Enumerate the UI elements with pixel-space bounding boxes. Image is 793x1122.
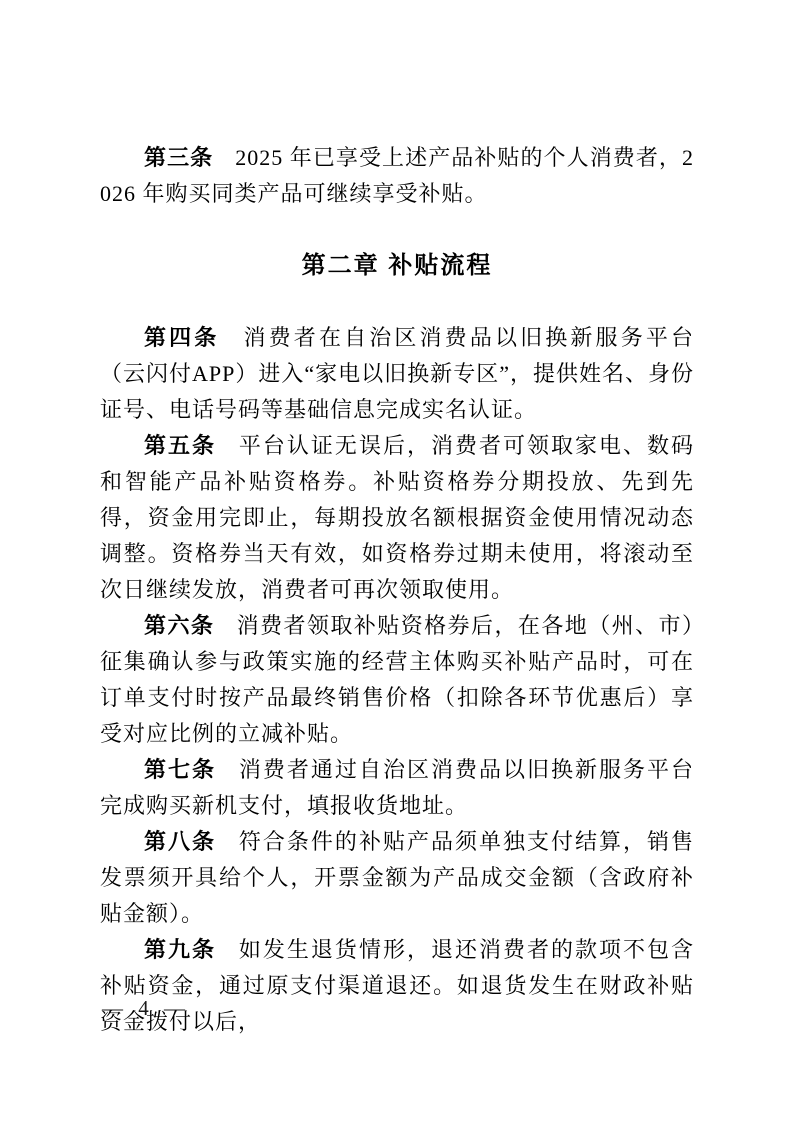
article-7-paragraph: 第七条 消费者通过自治区消费品以旧换新服务平台完成购买新机支付，填报收货地址。 — [100, 752, 694, 824]
article-5-text: 平台认证无误后，消费者可领取家电、数码和智能产品补贴资格券。补贴资格券分期投放、… — [100, 433, 694, 602]
chapter-heading: 第二章 补贴流程 — [100, 248, 694, 284]
article-4-paragraph: 第四条 消费者在自治区消费品以旧换新服务平台（云闪付APP）进入“家电以旧换新专… — [100, 320, 694, 428]
article-8-number: 第八条 — [144, 829, 216, 854]
article-4-number: 第四条 — [144, 325, 219, 350]
article-3-number: 第三条 — [144, 145, 213, 170]
article-3-paragraph: 第三条 2025 年已享受上述产品补贴的个人消费者，2026 年购买同类产品可继… — [100, 140, 694, 212]
article-9-number: 第九条 — [144, 937, 216, 962]
document-body: 第三条 2025 年已享受上述产品补贴的个人消费者，2026 年购买同类产品可继… — [100, 140, 694, 1040]
article-6-paragraph: 第六条 消费者领取补贴资格券后，在各地（州、市）征集确认参与政策实施的经营主体购… — [100, 608, 694, 752]
article-8-paragraph: 第八条 符合条件的补贴产品须单独支付结算，销售发票须开具给个人，开票金额为产品成… — [100, 824, 694, 932]
article-5-paragraph: 第五条 平台认证无误后，消费者可领取家电、数码和智能产品补贴资格券。补贴资格券分… — [100, 428, 694, 608]
page-number: — 4 — — [102, 994, 190, 1022]
article-9-paragraph: 第九条 如发生退货情形，退还消费者的款项不包含补贴资金，通过原支付渠道退还。如退… — [100, 932, 694, 1040]
article-7-number: 第七条 — [144, 757, 216, 782]
article-6-number: 第六条 — [144, 613, 214, 638]
document-page: 第三条 2025 年已享受上述产品补贴的个人消费者，2026 年购买同类产品可继… — [0, 0, 793, 1122]
article-5-number: 第五条 — [144, 433, 216, 458]
